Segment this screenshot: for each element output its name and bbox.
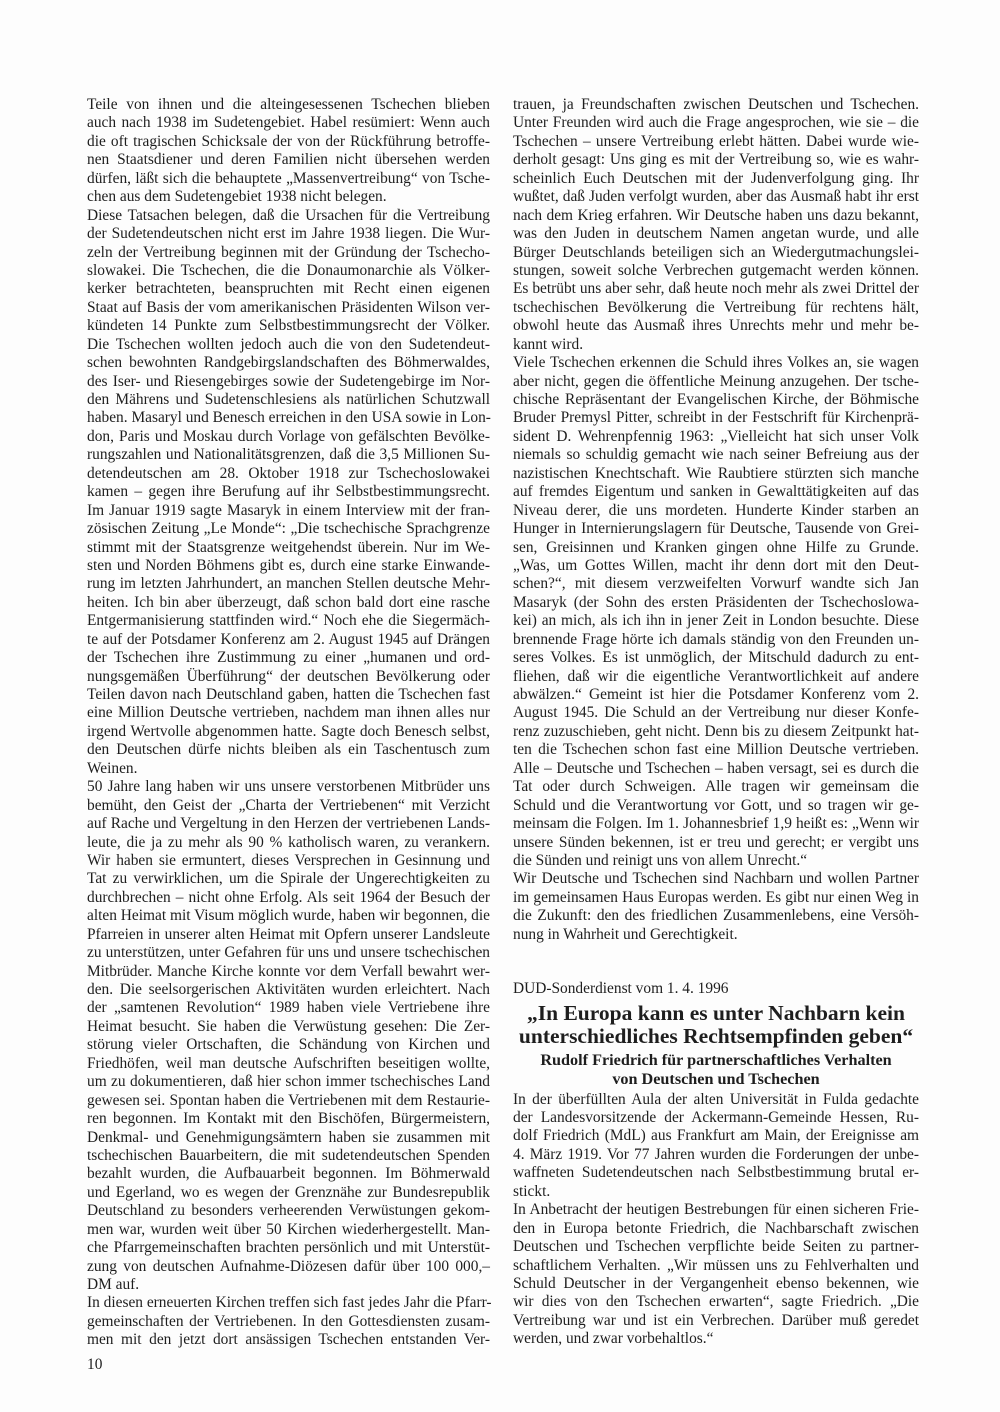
text-line: In der überfüllten Aula der alten Univer… xyxy=(513,1091,919,1109)
subheadline-line: von Deutschen und Tschechen xyxy=(513,1070,919,1089)
text-line: slowakei. Die Tschechen, die die Donaumo… xyxy=(87,262,490,280)
article-section: DUD-Sonderdienst vom 1. 4. 1996 „In Euro… xyxy=(513,980,919,1349)
text-line: zösischen Zeitung „Le Monde“: „Die tsche… xyxy=(87,520,490,538)
text-line: Mitbrüder. Manche Kirche konnte vor dem … xyxy=(87,963,490,981)
text-line: In diesen erneuerten Kirchen treffen sic… xyxy=(87,1294,490,1312)
text-line: stimmt mit der Staatsgrenze weitgehendst… xyxy=(87,539,490,557)
text-line: Tat oder durch Schweigen. Alle tragen wi… xyxy=(513,778,919,796)
text-line: niemals so schuldig gemacht wie nach sei… xyxy=(513,446,919,464)
left-column: Teile von ihnen und die alteingesessenen… xyxy=(87,96,490,1350)
text-line: zeln der Vertreibung beginnen mit der Gr… xyxy=(87,244,490,262)
text-line: den. Die seelsorgerischen Aktivitäten wu… xyxy=(87,981,490,999)
text-line: brennende Frage hörte ich damals ständig… xyxy=(513,631,919,649)
text-line: don, Paris und Moskau durch Vorlage von … xyxy=(87,428,490,446)
text-line: durchbrechen – nicht ohne Erfolg. Als se… xyxy=(87,889,490,907)
text-line: waffneten Sudetendeutschen nach Selbstbe… xyxy=(513,1164,919,1182)
text-line: der „samtenen Revolution“ 1989 haben vie… xyxy=(87,999,490,1017)
text-line: haben. Masaryl und Benesch erreichen in … xyxy=(87,409,490,427)
text-line: Viele Tschechen erkennen die Schuld ihre… xyxy=(513,354,919,372)
text-line: nach dem Krieg erfahren. Wir Deutsche ha… xyxy=(513,207,919,225)
text-line: August 1945. Die Schuld an der Vertreibu… xyxy=(513,704,919,722)
text-line: den in Europa betonte Friedrich, die Nac… xyxy=(513,1220,919,1238)
text-line: kamen – gegen ihre Berufung auf ihr Selb… xyxy=(87,483,490,501)
text-line: seres Volkes. Es ist unmöglich, der Mits… xyxy=(513,649,919,667)
paragraph: Teile von ihnen und die alteingesessenen… xyxy=(87,96,490,207)
text-line: wußtet, daß Juden verfolgt wurden, aber … xyxy=(513,188,919,206)
text-line: Es betrübt uns aber sehr, daß heute noch… xyxy=(513,280,919,298)
text-line: leute, die ja zu mehr als 90 % katholisc… xyxy=(87,834,490,852)
text-line: Teile von ihnen und die alteingesessenen… xyxy=(87,96,490,114)
text-line: störung vieler Ortschaften, die Schändun… xyxy=(87,1036,490,1054)
text-line: Entgermanisierung stattfinden wird.“ Noc… xyxy=(87,612,490,630)
page-number: 10 xyxy=(87,1356,102,1374)
text-line: der Landesvorsitzende der Ackermann-Geme… xyxy=(513,1109,919,1127)
text-line: che Pfarrgemeinschaften brachten persönl… xyxy=(87,1239,490,1257)
text-line: Bürger Deutschlands beteiligen sich an W… xyxy=(513,244,919,262)
text-line: Alle – Deutsche und Tschechen – haben ve… xyxy=(513,760,919,778)
text-line: und Egerland, wo es wegen der Grenznähe … xyxy=(87,1184,490,1202)
text-line: zung von deutschen Aufnahme-Diözesen daf… xyxy=(87,1258,490,1276)
text-line: schaftlichem Verhalten. „Wir müssen uns … xyxy=(513,1257,919,1275)
text-line: der Sudetendeutschen nicht erst im Jahre… xyxy=(87,225,490,243)
text-line: kei) an mich, als ich ihn in jener Zeit … xyxy=(513,612,919,630)
text-line: schen bewohnten Randgebirgslandschaften … xyxy=(87,354,490,372)
text-line: Weinen. xyxy=(87,760,490,778)
text-line: im gemeinsamen Haus Europas werden. Es g… xyxy=(513,889,919,907)
text-line: Tschechen – unsere Vertreibung erlebt hä… xyxy=(513,133,919,151)
text-line: rungszahlen und Nationalitätsgrenzen, da… xyxy=(87,446,490,464)
text-line: wir dies von den Tschechen erwarten“, sa… xyxy=(513,1293,919,1311)
text-line: renz zuzuschieben, geht nicht. Denn bis … xyxy=(513,723,919,741)
text-line: Schuld und die Verantwortung vor Gott, u… xyxy=(513,797,919,815)
text-line: sten und Norden Böhmens gibt es, durch e… xyxy=(87,557,490,575)
text-line: Teilen davon nach Deutschland gaben, hat… xyxy=(87,686,490,704)
article-source: DUD-Sonderdienst vom 1. 4. 1996 xyxy=(513,980,919,998)
headline-line: unterschiedliches Rechtsempfinden geben“ xyxy=(513,1025,919,1048)
text-line: Niveau derer, die uns mordeten. Hunderte… xyxy=(513,502,919,520)
text-line: In Anbetracht der heutigen Bestrebungen … xyxy=(513,1201,919,1219)
text-line: gewesen sei. Spontan haben die Vertriebe… xyxy=(87,1092,490,1110)
text-line: Heimat besucht. Sie haben die Verwüstung… xyxy=(87,1018,490,1036)
text-line: stickt. xyxy=(513,1183,919,1201)
article-paragraph: In der überfüllten Aula der alten Univer… xyxy=(513,1091,919,1202)
text-line: der Tschechen ihre Zustimmung zu einer „… xyxy=(87,649,490,667)
text-line: „Was, um Gottes Willen, macht ihr denn d… xyxy=(513,557,919,575)
text-line: zu unterstützen, unter Gefahren für uns … xyxy=(87,944,490,962)
text-line: Schuld Deutscher in der Vergangenheit eb… xyxy=(513,1275,919,1293)
text-line: irgend Wertvolle abgenommen hatte. Sagte… xyxy=(87,723,490,741)
text-line: die oft tragischen Schicksale der von de… xyxy=(87,133,490,151)
text-line: auf fremdes Eigentum und sanken in Gewal… xyxy=(513,483,919,501)
article-paragraph: In Anbetracht der heutigen Bestrebungen … xyxy=(513,1201,919,1349)
text-line: unsere Sünden bekennen, ist er treu und … xyxy=(513,834,919,852)
text-line: Bruder Premysl Pitter, schreibt in der F… xyxy=(513,409,919,427)
text-line: Vertreibung war und ist ein Verbrechen. … xyxy=(513,1312,919,1330)
text-line: bemüht, den Geist der „Charta der Vertri… xyxy=(87,797,490,815)
text-line: 4. März 1919. Vor 77 Jahren wurden die F… xyxy=(513,1146,919,1164)
paragraph-continued: In diesen erneuerten Kirchen treffen sic… xyxy=(87,1294,490,1349)
text-line: Deutschen und Tschechen verpflichte beid… xyxy=(513,1238,919,1256)
text-line: Masaryk (der Sohn des ersten Präsidenten… xyxy=(513,594,919,612)
text-line: Friedhöfen, weil man deutsche Aufschrift… xyxy=(87,1055,490,1073)
text-line: nen Staatsdiener und deren Familien nich… xyxy=(87,151,490,169)
text-line: den Mährens und Sudetenschlesiens als na… xyxy=(87,391,490,409)
text-line: kündeten 14 Punkte zum Selbstbestimmungs… xyxy=(87,317,490,335)
paragraph: trauen, ja Freundschaften zwischen Deuts… xyxy=(513,96,919,354)
text-line: chische Repräsentant der Evangelischen K… xyxy=(513,391,919,409)
text-line: die Sünden und reinigt uns von allem Unr… xyxy=(513,852,919,870)
text-line: ren begonnen. Im Kontakt mit den Bischöf… xyxy=(87,1110,490,1128)
text-line: tschechischen Bevölkerung die Vertreibun… xyxy=(513,299,919,317)
text-line: te auf der Potsdamer Konferenz am 2. Aug… xyxy=(87,631,490,649)
text-line: fliehen, daß wir die eigentliche Verantw… xyxy=(513,668,919,686)
text-line: kerker betrachteten, beanspruchten mit R… xyxy=(87,280,490,298)
text-line: sen, Greisinnen und Kranken gingen ohne … xyxy=(513,539,919,557)
article-subheadline: Rudolf Friedrich für partnerschaftliches… xyxy=(513,1051,919,1089)
text-line: 50 Jahre lang haben wir uns unsere verst… xyxy=(87,778,490,796)
text-line: tschechischen Bauarbeitern, die mit sude… xyxy=(87,1147,490,1165)
text-line: Pfarreien in unserer alten Heimat mit Op… xyxy=(87,926,490,944)
text-line: Die Tschechen wollten jedoch auch die vo… xyxy=(87,336,490,354)
text-line: DM auf. xyxy=(87,1276,490,1294)
text-line: kannt wird. xyxy=(513,336,919,354)
text-line: bezahlt wurden, die Aufbauarbeit begonne… xyxy=(87,1165,490,1183)
text-line: men mit den jetzt dort ansässigen Tschec… xyxy=(87,1331,490,1349)
text-line: gemeinschaften der Vertriebenen. In den … xyxy=(87,1313,490,1331)
text-line: Tat zu verwirklichen, um die Spirale der… xyxy=(87,870,490,888)
paragraph: Diese Tatsachen belegen, daß die Ursache… xyxy=(87,207,490,779)
text-line: Diese Tatsachen belegen, daß die Ursache… xyxy=(87,207,490,225)
text-line: den Deutschen dürfe nichts bleiben als e… xyxy=(87,741,490,759)
text-line: auch nach 1938 im Sudetengebiet. Habel r… xyxy=(87,114,490,132)
text-line: alten Heimat mit Visum möglich wurde, ha… xyxy=(87,907,490,925)
text-line: Unter Freunden wird auch die Frage anges… xyxy=(513,114,919,132)
text-line: dolf Friedrich (MdL) aus Frankfurt am Ma… xyxy=(513,1127,919,1145)
paragraph: Wir Deutsche und Tschechen sind Nachbarn… xyxy=(513,870,919,944)
text-line: meinsam die Folgen. Im 1. Johannesbrief … xyxy=(513,815,919,833)
text-line: nazistischen Knechtschaft. Wie Raubtiere… xyxy=(513,465,919,483)
subheadline-line: Rudolf Friedrich für partnerschaftliches… xyxy=(513,1051,919,1070)
text-line: rung im letzten Jahrhundert, an manchen … xyxy=(87,575,490,593)
paragraph: 50 Jahre lang haben wir uns unsere verst… xyxy=(87,778,490,1294)
text-line: chen aus dem Sudetengebiet 1938 nicht be… xyxy=(87,188,490,206)
text-line: auf Rache und Vergeltung in den Herzen d… xyxy=(87,815,490,833)
text-line: die Zukunft: den des friedlichen Zusamme… xyxy=(513,907,919,925)
document-page: Teile von ihnen und die alteingesessenen… xyxy=(0,0,1000,1412)
text-line: nung in Wahrheit und Gerechtigkeit. xyxy=(513,926,919,944)
headline-line: „In Europa kann es unter Nachbarn kein xyxy=(513,1002,919,1025)
text-line: sident D. Wehrenpfennig 1963: „Vielleich… xyxy=(513,428,919,446)
text-line: schen?“, mit diesem verzweifelten Vorwur… xyxy=(513,575,919,593)
text-line: ten die Tschechen schon fast eine Millio… xyxy=(513,741,919,759)
text-line: aber nicht, gegen die öffentliche Meinun… xyxy=(513,373,919,391)
text-line: stungen, soweit solche Verbrechen gutgem… xyxy=(513,262,919,280)
text-line: des Iser- und Riesengebirges sowie der S… xyxy=(87,373,490,391)
text-line: Im Januar 1919 sagte Masaryk in einem In… xyxy=(87,502,490,520)
text-line: abwälzen.“ Gemeint ist hier die Potsdame… xyxy=(513,686,919,704)
text-line: um zu dokumentieren, daß hier schon imme… xyxy=(87,1073,490,1091)
text-line: detendeutschen am 28. Oktober 1918 zur T… xyxy=(87,465,490,483)
paragraph: Viele Tschechen erkennen die Schuld ihre… xyxy=(513,354,919,870)
text-line: Wir haben sie ermuntert, dieses Versprec… xyxy=(87,852,490,870)
text-line: Wir Deutsche und Tschechen sind Nachbarn… xyxy=(513,870,919,888)
text-line: nungsgemäßen Überführung“ der deutschen … xyxy=(87,668,490,686)
text-line: obwohl heute das Ausmaß ihres Unrechts m… xyxy=(513,317,919,335)
section-spacer xyxy=(513,944,919,980)
text-line: eine Million Deutsche vertrieben, nachde… xyxy=(87,704,490,722)
text-line: Staat auf Basis der vom amerikanischen P… xyxy=(87,299,490,317)
text-line: scheinlich Euch Deutschen mit der Judenv… xyxy=(513,170,919,188)
text-line: dürfen, läßt sich die behauptete „Massen… xyxy=(87,170,490,188)
text-line: werden, und zwar vorbehaltlos.“ xyxy=(513,1330,919,1348)
article-headline: „In Europa kann es unter Nachbarn kein u… xyxy=(513,1002,919,1048)
right-column: trauen, ja Freundschaften zwischen Deuts… xyxy=(513,96,919,1349)
text-line: derholt gesagt: Uns ging es mit der Vert… xyxy=(513,151,919,169)
text-line: was den Juden in deutschem Namen angetan… xyxy=(513,225,919,243)
text-line: Hunger in Internierungslagern für Deutsc… xyxy=(513,520,919,538)
text-line: Denkmal- und Genehmigungsämtern haben si… xyxy=(87,1129,490,1147)
text-line: men war, wurden weit über 50 Kirchen wie… xyxy=(87,1221,490,1239)
text-line: trauen, ja Freundschaften zwischen Deuts… xyxy=(513,96,919,114)
text-line: heiten. Ich bin aber überzeugt, daß scho… xyxy=(87,594,490,612)
text-line: Deutschland zu besonders verheerenden Ve… xyxy=(87,1202,490,1220)
